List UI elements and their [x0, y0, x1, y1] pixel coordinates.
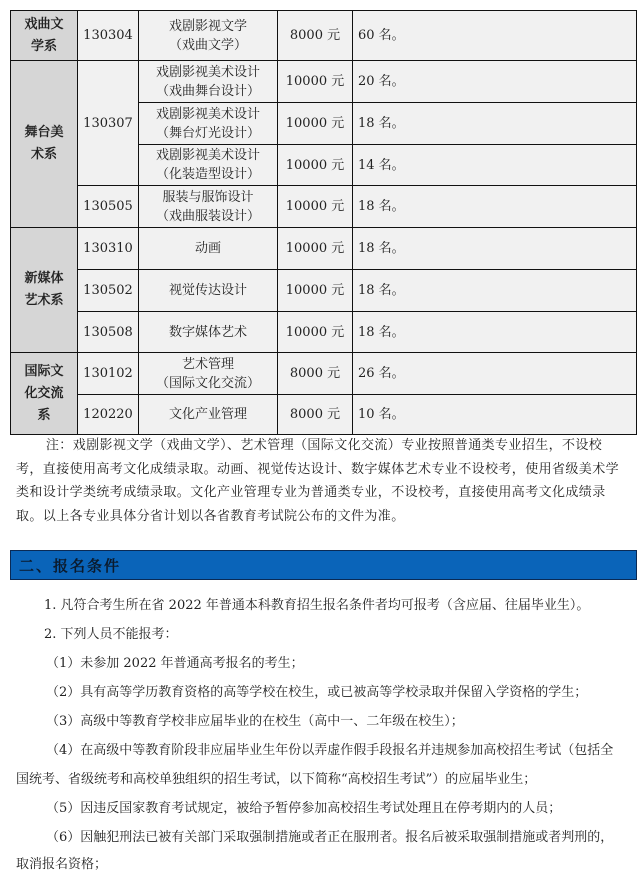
quota: 18 名。 [353, 312, 637, 353]
table-row: 国际文化交流系 130102 艺术管理（国际文化交流） 8000 元 26 名。 [11, 353, 637, 395]
major-name: 戏剧影视美术设计（化装造型设计） [139, 145, 278, 186]
major-code: 130304 [78, 11, 139, 61]
table-row: 130508 数字媒体艺术 10000 元 18 名。 [11, 312, 637, 353]
quota: 18 名。 [353, 103, 637, 145]
major-name: 戏剧影视美术设计（戏曲舞台设计） [139, 61, 278, 103]
quota: 18 名。 [353, 228, 637, 270]
major-code: 130307 [78, 61, 139, 186]
tuition-fee: 10000 元 [278, 103, 353, 145]
exclusion-item-2: （2）具有高等学历教育资格的高等学校在校生，或已被高等学校录取并保留入学资格的学… [46, 683, 587, 703]
tuition-fee: 10000 元 [278, 186, 353, 228]
exclusion-item-6-line2: 取消报名资格； [16, 855, 107, 874]
tuition-fee: 8000 元 [278, 395, 353, 435]
exclusion-item-6-line1: （6）因触犯刑法已被有关部门采取强制措施或者正在服刑者。报名后被采取强制措施或者… [46, 828, 613, 848]
table-row: 130502 视觉传达设计 10000 元 18 名。 [11, 270, 637, 312]
quota: 10 名。 [353, 395, 637, 435]
dept-cell: 新媒体艺术系 [11, 228, 78, 353]
major-code: 130502 [78, 270, 139, 312]
tuition-fee: 10000 元 [278, 61, 353, 103]
table-row: 戏曲文学系 130304 戏剧影视文学（戏曲文学） 8000 元 60 名。 [11, 11, 637, 61]
major-name: 艺术管理（国际文化交流） [139, 353, 278, 395]
section-header: 二、报名条件 [10, 550, 637, 580]
dept-cell: 戏曲文学系 [11, 11, 78, 61]
major-name: 视觉传达设计 [139, 270, 278, 312]
table-row: 130505 服装与服饰设计（戏曲服装设计） 10000 元 18 名。 [11, 186, 637, 228]
table-note: 注：戏剧影视文学（戏曲文学）、艺术管理（国际文化交流）专业按照普通类专业招生，不… [16, 434, 628, 528]
exclusion-item-4-line2: 国统考、省级统考和高校单独组织的招生考试，以下简称“高校招生考试”）的应届毕业生… [16, 770, 536, 790]
tuition-fee: 8000 元 [278, 11, 353, 61]
major-code: 130505 [78, 186, 139, 228]
quota: 60 名。 [353, 11, 637, 61]
condition-2: 2. 下列人员不能报考： [44, 625, 178, 645]
exclusion-item-3: （3）高级中等教育学校非应届毕业的在校生（高中一、二年级在校生）； [46, 712, 464, 732]
quota: 26 名。 [353, 353, 637, 395]
major-name: 戏剧影视美术设计（舞台灯光设计） [139, 103, 278, 145]
table-row: 新媒体艺术系 130310 动画 10000 元 18 名。 [11, 228, 637, 270]
table-row: 120220 文化产业管理 8000 元 10 名。 [11, 395, 637, 435]
major-name: 数字媒体艺术 [139, 312, 278, 353]
major-code: 130310 [78, 228, 139, 270]
major-name: 服装与服饰设计（戏曲服装设计） [139, 186, 278, 228]
tuition-fee: 10000 元 [278, 312, 353, 353]
quota: 20 名。 [353, 61, 637, 103]
dept-cell: 国际文化交流系 [11, 353, 78, 435]
tuition-fee: 10000 元 [278, 270, 353, 312]
section-title: 二、报名条件 [19, 555, 121, 576]
major-name: 戏剧影视文学（戏曲文学） [139, 11, 278, 61]
major-code: 130102 [78, 353, 139, 395]
tuition-fee: 10000 元 [278, 228, 353, 270]
major-code: 130508 [78, 312, 139, 353]
exclusion-item-4-line1: （4）在高级中等教育阶段非应届毕业生年份以弄虚作假手段报名并违规参加高校招生考试… [46, 741, 613, 761]
dept-cell: 舞台美术系 [11, 61, 78, 228]
major-name: 文化产业管理 [139, 395, 278, 435]
major-code: 120220 [78, 395, 139, 435]
tuition-fee: 8000 元 [278, 353, 353, 395]
quota: 14 名。 [353, 145, 637, 186]
table-row: 舞台美术系 130307 戏剧影视美术设计（戏曲舞台设计） 10000 元 20… [11, 61, 637, 103]
condition-1: 1. 凡符合考生所在省 2022 年普通本科教育招生报名条件者均可报考（含应届、… [44, 596, 589, 616]
major-name: 动画 [139, 228, 278, 270]
enrollment-plan-table: 戏曲文学系 130304 戏剧影视文学（戏曲文学） 8000 元 60 名。 舞… [10, 10, 637, 435]
quota: 18 名。 [353, 186, 637, 228]
exclusion-item-1: （1）未参加 2022 年普通高考报名的考生； [46, 654, 304, 674]
exclusion-item-5: （5）因违反国家教育考试规定，被给予暂停参加高校招生考试处理且在停考期内的人员； [46, 799, 561, 819]
tuition-fee: 10000 元 [278, 145, 353, 186]
quota: 18 名。 [353, 270, 637, 312]
